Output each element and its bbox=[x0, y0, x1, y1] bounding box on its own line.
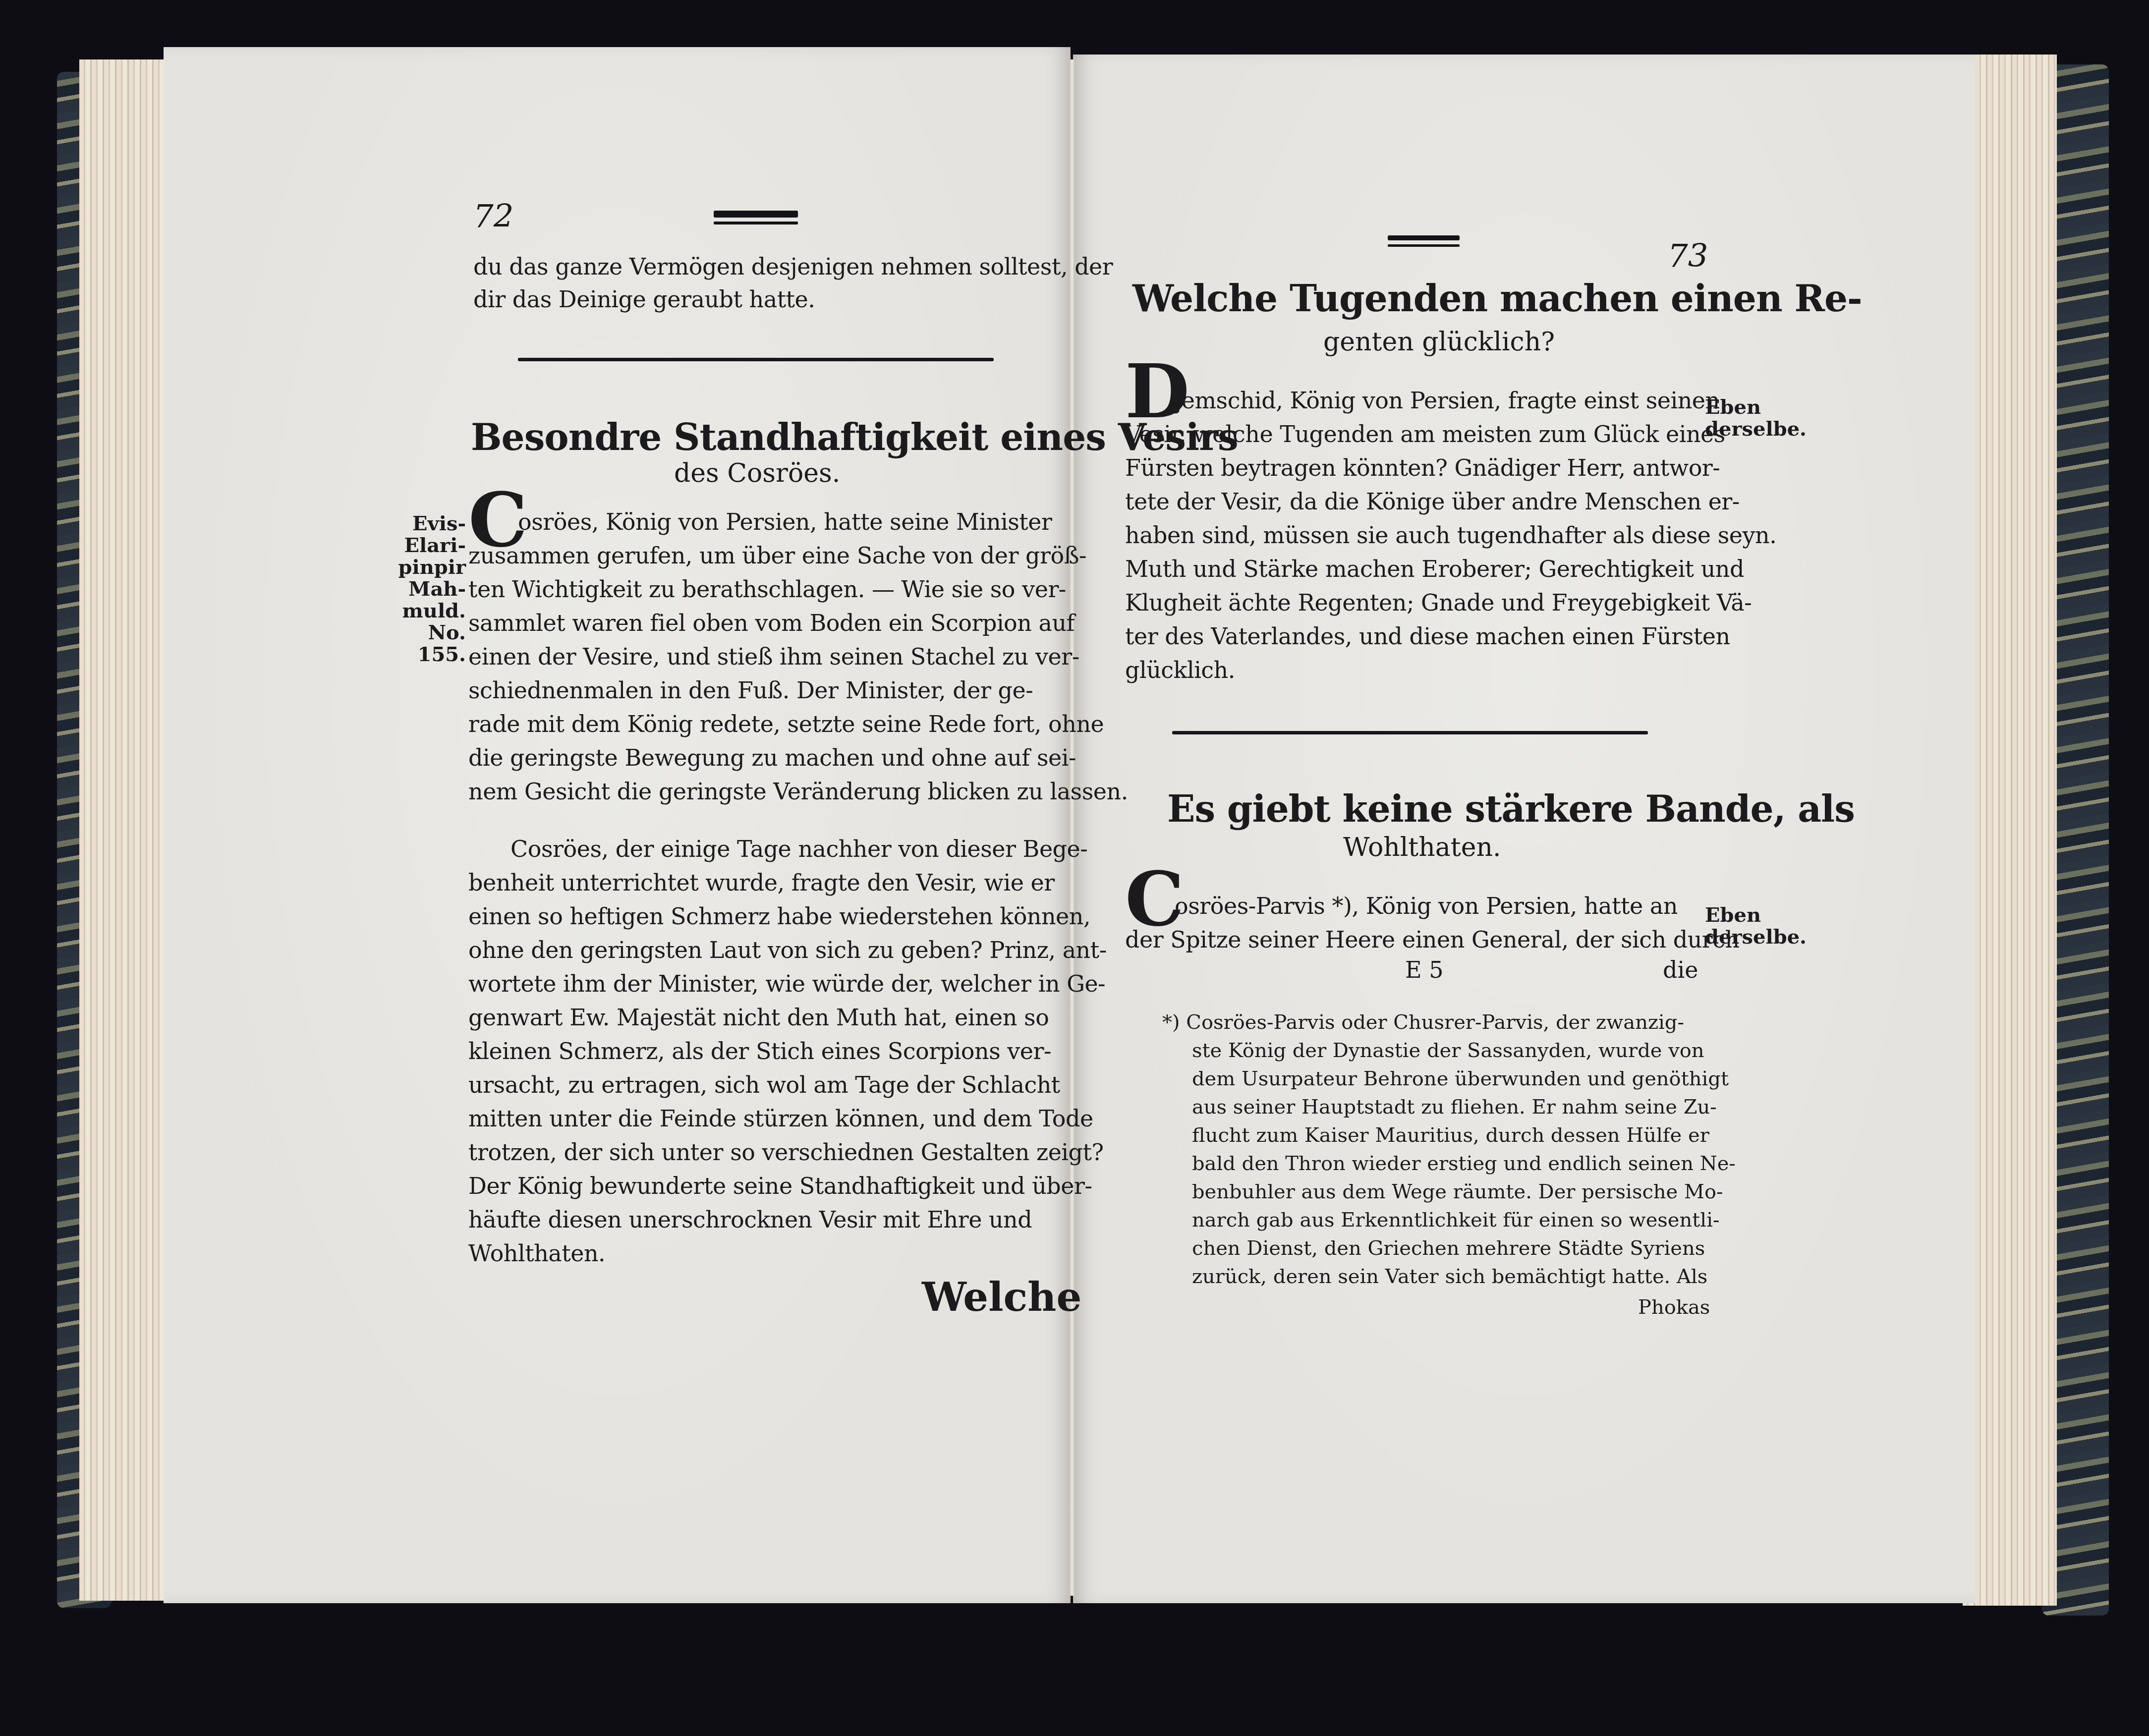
footnote-line: benbuhler aus dem Wege räumte. Der persi… bbox=[1192, 1178, 1723, 1206]
text-line: glücklich. bbox=[1125, 654, 1235, 686]
right-page-edges bbox=[1963, 55, 2057, 1606]
footnote-line: flucht zum Kaiser Mauritius, durch desse… bbox=[1192, 1121, 1709, 1150]
text-line: mitten unter die Feinde stürzen können, … bbox=[468, 1102, 1093, 1135]
footnote-line: *) Cosröes-Parvis oder Chusrer-Parvis, d… bbox=[1162, 1008, 1684, 1037]
text-line: Wohlthaten. bbox=[468, 1237, 605, 1270]
text-line: Der König bewunderte seine Standhaftigke… bbox=[468, 1170, 1092, 1202]
text-line: kleinen Schmerz, als der Stich eines Sco… bbox=[468, 1035, 1051, 1067]
text-line: tete der Vesir, da die Könige über andre… bbox=[1125, 485, 1740, 518]
text-line: einen der Vesire, und stieß ihm seinen S… bbox=[468, 640, 1079, 673]
text-line: die geringste Bewegung zu machen und ohn… bbox=[468, 741, 1076, 774]
text-line: wortete ihm der Minister, wie würde der,… bbox=[468, 967, 1105, 1000]
catchword-right: die bbox=[1663, 956, 1698, 983]
margin-source-note: Eben derselbe. bbox=[1705, 396, 1807, 440]
text-line: Klugheit ächte Regenten; Gnade und Freyg… bbox=[1125, 586, 1752, 619]
section-subheading: genten glücklich? bbox=[1323, 327, 1555, 357]
text-line: schiednenmalen in den Fuß. Der Minister,… bbox=[468, 674, 1033, 707]
section-subheading: des Cosröes. bbox=[674, 458, 840, 488]
text-line: rade mit dem König redete, setzte seine … bbox=[468, 708, 1104, 740]
text-line: benheit unterrichtet wurde, fragte den V… bbox=[468, 866, 1055, 899]
text-line: der Spitze seiner Heere einen General, d… bbox=[1125, 923, 1740, 956]
text-line: du das ganze Vermögen desjenigen nehmen … bbox=[473, 250, 1113, 283]
text-line: haben sind, müssen sie auch tugendhafter… bbox=[1125, 519, 1776, 552]
text-line: Fürsten beytragen könnten? Gnädiger Herr… bbox=[1125, 451, 1720, 484]
text-line: häufte diesen unerschrocknen Vesir mit E… bbox=[468, 1203, 1032, 1236]
text-line: Cosröes, der einige Tage nachher von die… bbox=[510, 833, 1087, 865]
section-divider-rule bbox=[518, 358, 994, 361]
page-number-right: 73 bbox=[1668, 238, 1708, 275]
text-line: sammlet waren fiel oben vom Boden ein Sc… bbox=[468, 607, 1074, 639]
header-ornament-left bbox=[714, 211, 798, 224]
footnote-line: ste König der Dynastie der Sassanyden, w… bbox=[1192, 1037, 1704, 1065]
footnote-line: aus seiner Hauptstadt zu fliehen. Er nah… bbox=[1192, 1093, 1717, 1121]
footnote-line: chen Dienst, den Griechen mehrere Städte… bbox=[1192, 1234, 1705, 1263]
book-gutter bbox=[1070, 59, 1074, 1596]
section-heading: Besondre Standhaftigkeit eines Vesirs bbox=[471, 416, 1238, 459]
text-line: ten Wichtigkeit zu berathschlagen. — Wie… bbox=[468, 573, 1066, 606]
text-line: genwart Ew. Majestät nicht den Muth hat,… bbox=[468, 1001, 1049, 1034]
signature-mark: E 5 bbox=[1405, 956, 1443, 983]
footnote-line: zurück, deren sein Vater sich bemächtigt… bbox=[1192, 1263, 1707, 1291]
text-line: ohne den geringsten Laut von sich zu geb… bbox=[468, 934, 1107, 966]
text-line: osröes, König von Persien, hatte seine M… bbox=[518, 505, 1052, 538]
section-heading: Es giebt keine stärkere Bande, als bbox=[1167, 788, 1855, 831]
text-line: Vesir, welche Tugenden am meisten zum Gl… bbox=[1125, 418, 1725, 450]
text-line: ursacht, zu ertragen, sich wol am Tage d… bbox=[468, 1068, 1060, 1101]
text-line: dir das Deinige geraubt hatte. bbox=[473, 283, 815, 316]
section-subheading: Wohlthaten. bbox=[1343, 833, 1501, 862]
text-line: Muth und Stärke machen Eroberer; Gerecht… bbox=[1125, 553, 1744, 585]
catchword-left: Welche bbox=[922, 1274, 1081, 1320]
section-heading: Welche Tugenden machen einen Re- bbox=[1132, 278, 1862, 320]
section-divider-rule bbox=[1172, 731, 1648, 734]
footnote-line: bald den Thron wieder erstieg und endlic… bbox=[1192, 1150, 1736, 1178]
margin-source-note: Evis- Elari- pinpir Mah- muld. No. 155. bbox=[392, 513, 466, 666]
text-line: jemschid, König von Persien, fragte eins… bbox=[1175, 384, 1720, 417]
header-ornament-right bbox=[1388, 235, 1460, 247]
text-line: ter des Vaterlandes, und diese machen ei… bbox=[1125, 620, 1730, 653]
text-line: zusammen gerufen, um über eine Sache von… bbox=[468, 539, 1086, 572]
text-line: nem Gesicht die geringste Veränderung bl… bbox=[468, 775, 1128, 808]
footnote-line: dem Usurpateur Behrone überwunden und ge… bbox=[1192, 1065, 1729, 1093]
margin-source-note: Eben derselbe. bbox=[1705, 904, 1807, 948]
text-line: trotzen, der sich unter so verschiednen … bbox=[468, 1136, 1104, 1169]
page-number-left: 72 bbox=[473, 198, 513, 235]
text-line: osröes-Parvis *), König von Persien, hat… bbox=[1175, 890, 1678, 922]
text-line: einen so heftigen Schmerz habe wiederste… bbox=[468, 900, 1090, 933]
footnote-catchword: Phokas bbox=[1638, 1293, 1710, 1322]
footnote-line: narch gab aus Erkenntlichkeit für einen … bbox=[1192, 1206, 1719, 1234]
